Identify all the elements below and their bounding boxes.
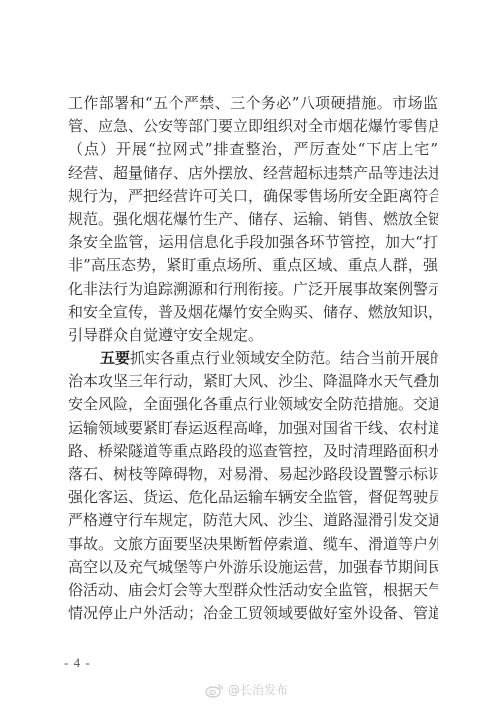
section-first-line-text: 抓实各重点行业领域安全防范。结合当前开展的	[130, 349, 438, 367]
text-line: 情况停止户外活动；冶金工贸领域要做好室外设备、管道	[68, 602, 438, 625]
text-line: 严格遵守行车规定，防范大风、沙尘、道路湿滑引发交通	[68, 509, 438, 532]
weibo-icon	[205, 682, 225, 698]
text-line: 工作部署和“五个严禁、三个务必”八项硬措施。市场监	[68, 92, 438, 115]
section-heading: 五要	[100, 349, 130, 367]
text-line: 和安全宣传，普及烟花爆竹安全购买、储存、燃放知识，	[68, 301, 438, 324]
text-line: 经营、超量储存、店外摆放、经营超标违禁产品等违法违	[68, 162, 438, 185]
text-line: 规行为，严把经营许可关口，确保零售场所安全距离符合	[68, 185, 438, 208]
text-line: 强化客运、货运、危化品运输车辆安全监管，督促驾驶员	[68, 486, 438, 509]
body-text: 工作部署和“五个严禁、三个务必”八项硬措施。市场监 管、应急、公安等部门要立即组…	[68, 92, 438, 625]
text-line: 条安全监管，运用信息化手段加强各环节管控，加大“打	[68, 231, 438, 254]
text-line: 引导群众自觉遵守安全规定。	[68, 324, 438, 347]
section-five-first-line: 五要抓实各重点行业领域安全防范。结合当前开展的	[68, 347, 438, 370]
text-line: 管、应急、公安等部门要立即组织对全市烟花爆竹零售店	[68, 115, 438, 138]
text-line: 高空以及充气城堡等户外游乐设施运营，加强春节期间民	[68, 556, 438, 579]
text-line: 俗活动、庙会灯会等大型群众性活动安全监管，根据天气	[68, 579, 438, 602]
text-line: 化非法行为追踪溯源和行刑衔接。广泛开展事故案例警示	[68, 278, 438, 301]
document-page: 工作部署和“五个严禁、三个务必”八项硬措施。市场监 管、应急、公安等部门要立即组…	[0, 0, 500, 707]
text-line: 非”高压态势，紧盯重点场所、重点区域、重点人群，强	[68, 254, 438, 277]
text-line: 运输领域要紧盯春运返程高峰，加强对国省干线、农村道	[68, 417, 438, 440]
watermark: @长治发布	[205, 681, 288, 698]
text-line: 事故。文旅方面要坚决果断暂停索道、缆车、滑道等户外	[68, 533, 438, 556]
text-line: 落石、树枝等障碍物，对易滑、易起沙路段设置警示标识，	[68, 463, 438, 486]
text-line: （点）开展“拉网式”排查整治，严厉查处“下店上宅”	[68, 138, 438, 161]
text-line: 治本攻坚三年行动，紧盯大风、沙尘、降温降水天气叠加	[68, 370, 438, 393]
text-line: 路、桥梁隧道等重点路段的巡查管控，及时清理路面积水、	[68, 440, 438, 463]
text-line: 规范。强化烟花爆竹生产、储存、运输、销售、燃放全链	[68, 208, 438, 231]
watermark-text: @长治发布	[228, 681, 288, 698]
page-number: - 4 -	[64, 655, 91, 671]
text-line: 安全风险，全面强化各重点行业领域安全防范措施。交通	[68, 393, 438, 416]
